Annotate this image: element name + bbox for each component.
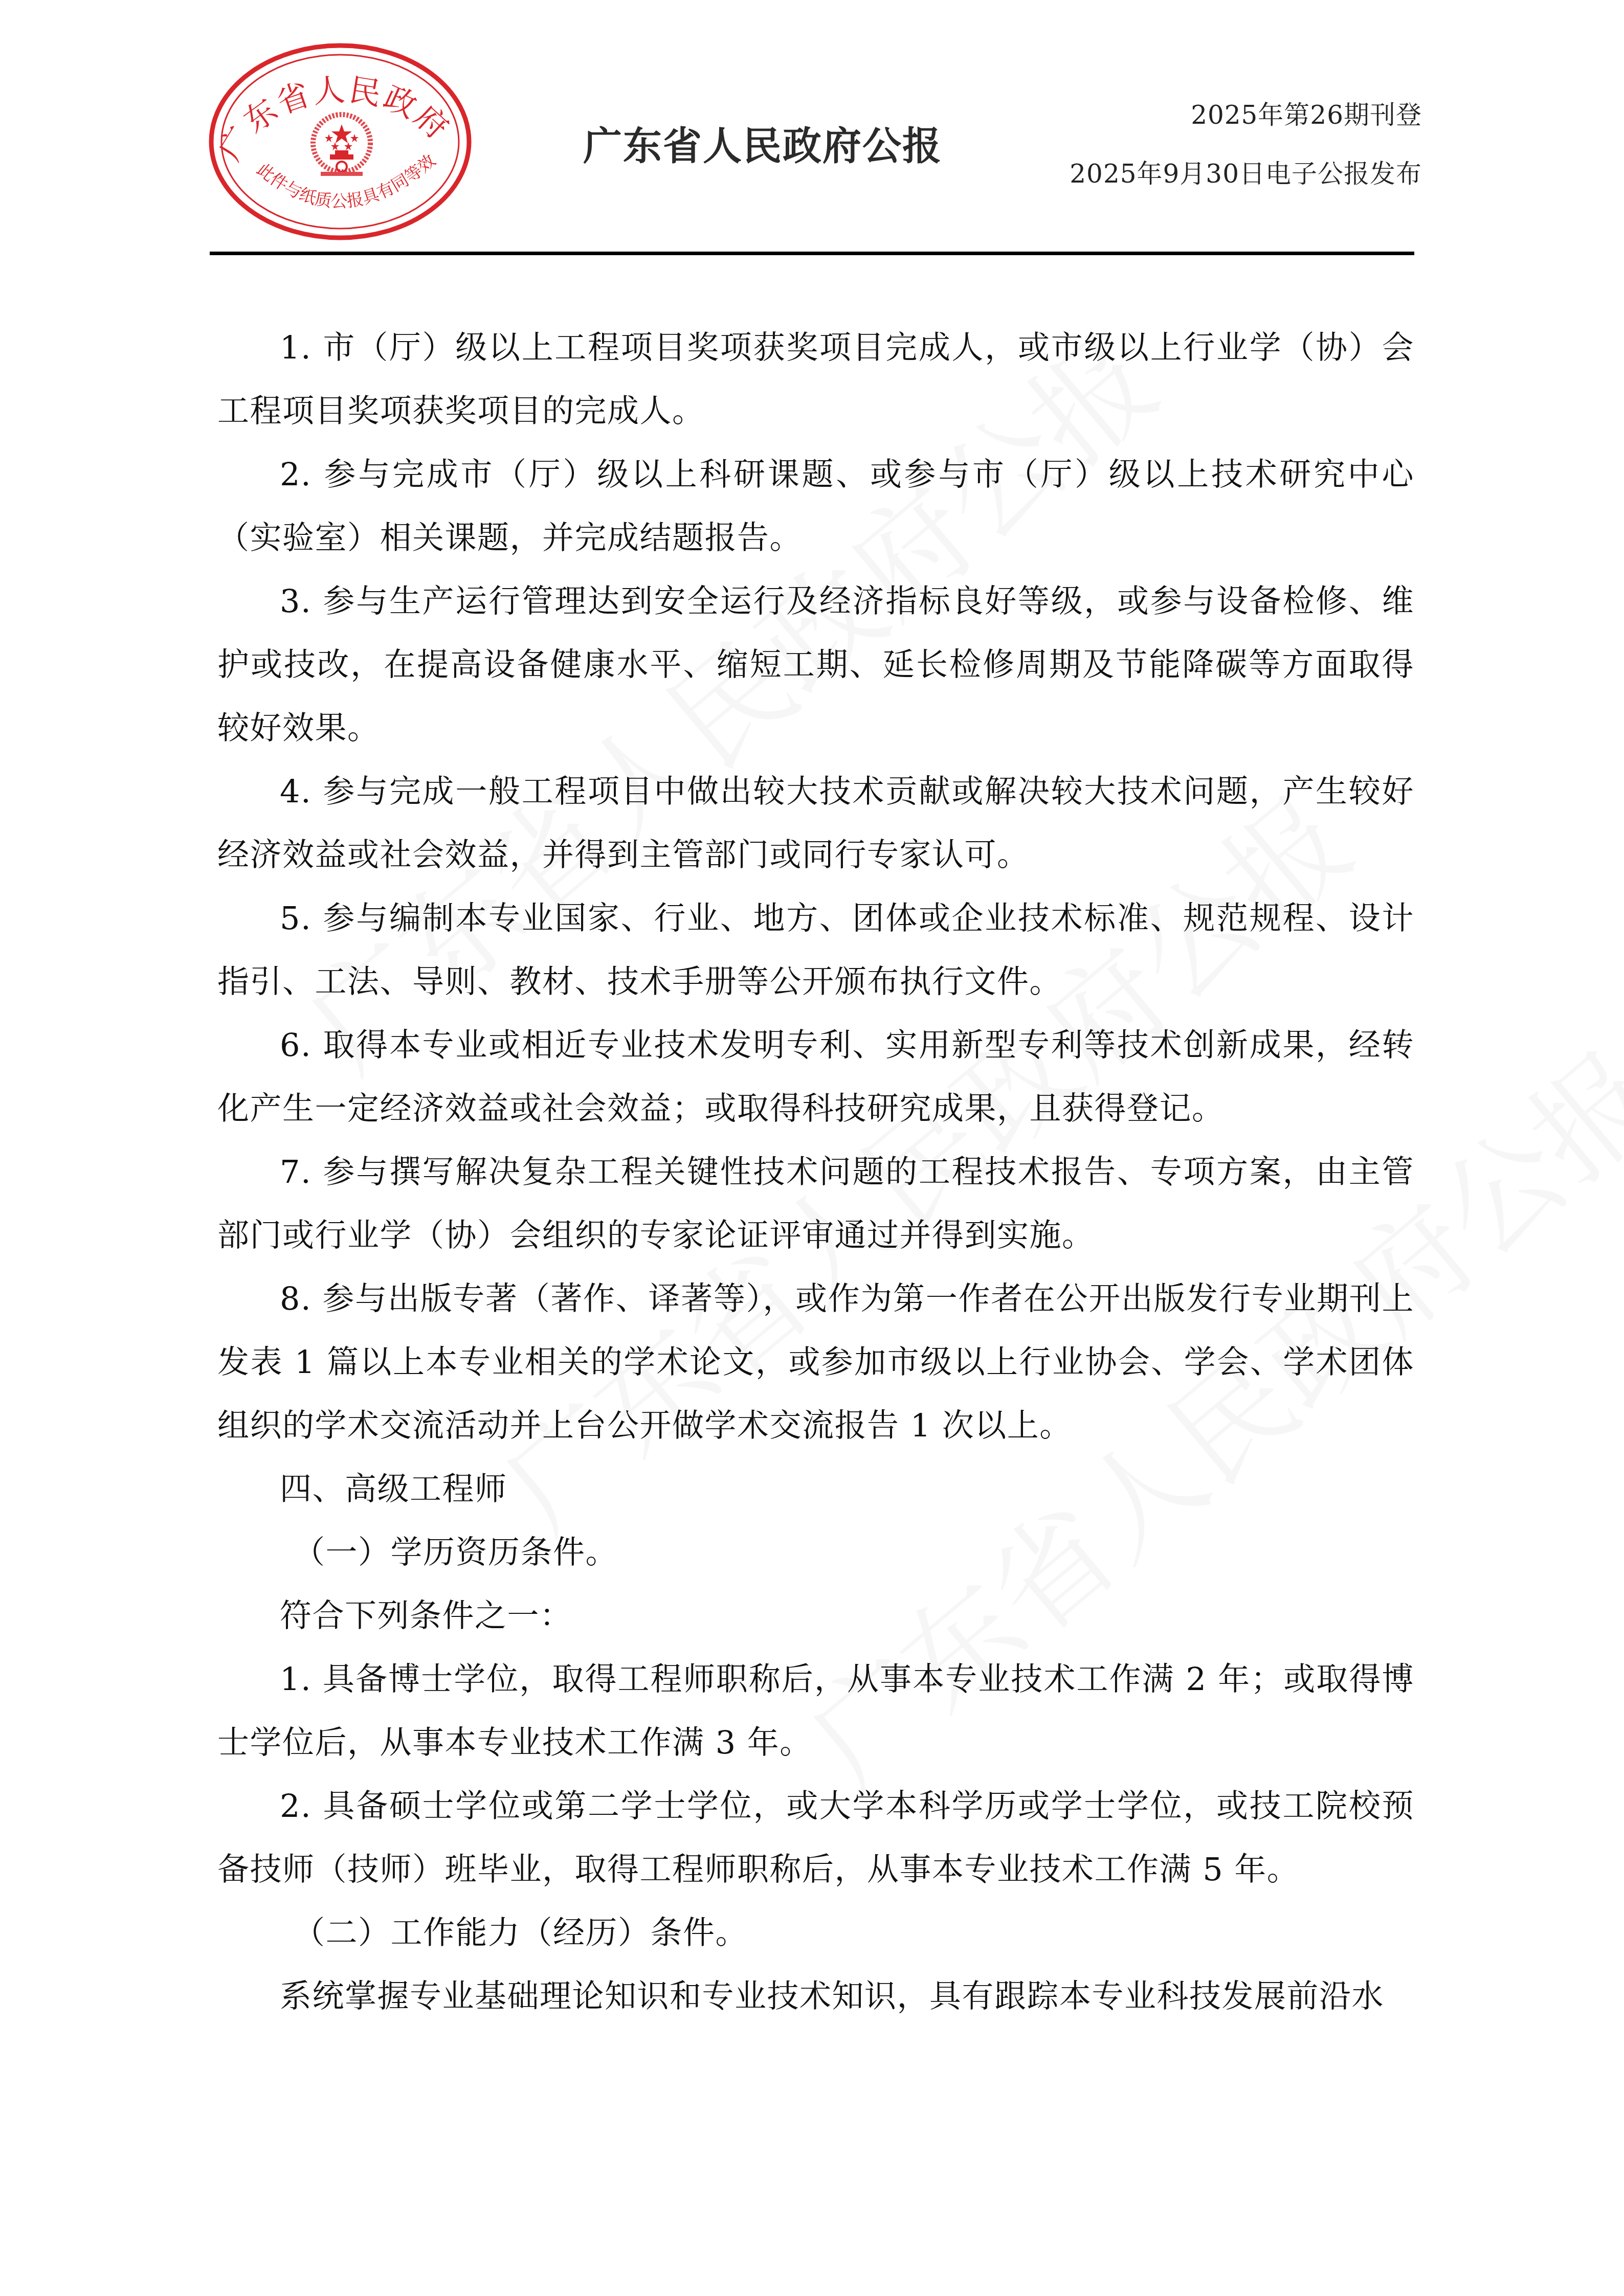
issue-number: 2025年第26期刊登	[1191, 95, 1422, 131]
paragraph-item-7: 7. 参与撰写解决复杂工程关键性技术问题的工程技术报告、专项方案，由主管部门或行…	[217, 1140, 1414, 1267]
svg-text:广东省人民政府公报: 广东省人民政府公报	[207, 41, 457, 167]
paragraph-item-4: 4. 参与完成一般工程项目中做出较大技术贡献或解决较大技术问题，产生较好经济效益…	[217, 760, 1414, 887]
paragraph-item-6: 6. 取得本专业或相近专业技术发明专利、实用新型专利等技术创新成果，经转化产生一…	[217, 1014, 1414, 1140]
paragraph-item-2: 2. 参与完成市（厅）级以上科研课题、或参与市（厅）级以上技术研究中心（实验室）…	[217, 443, 1414, 570]
national-emblem-icon	[313, 115, 370, 176]
paragraph-condition-1: 1. 具备博士学位，取得工程师职称后，从事本专业技术工作满 2 年；或取得博士学…	[217, 1648, 1414, 1774]
masthead-title: 广东省人民政府公报	[583, 115, 942, 171]
subsection-heading-2: （二）工作能力（经历）条件。	[217, 1901, 1414, 1965]
svg-text:此件与纸质公报具有同等效力: 此件与纸质公报具有同等效力	[207, 41, 439, 211]
section-heading: 四、高级工程师	[217, 1457, 1414, 1521]
official-seal: 广东省人民政府公报 此件与纸质公报具有同等效力	[207, 41, 473, 243]
subsection-heading-1: （一）学历资历条件。	[217, 1521, 1414, 1584]
paragraph-condition-2: 2. 具备硕士学位或第二学士学位，或大学本科学历或学士学位，或技工院校预备技师（…	[217, 1774, 1414, 1901]
paragraph-item-1: 1. 市（厅）级以上工程项目奖项获奖项目完成人，或市级以上行业学（协）会工程项目…	[217, 316, 1414, 443]
publish-date: 2025年9月30日电子公报发布	[1070, 153, 1422, 190]
seal-inner-text: 此件与纸质公报具有同等效力	[207, 41, 439, 211]
seal-icon: 广东省人民政府公报 此件与纸质公报具有同等效力	[207, 41, 473, 243]
paragraph-item-8: 8. 参与出版专著（著作、译著等），或作为第一作者在公开出版发行专业期刊上发表 …	[217, 1267, 1414, 1457]
paragraph-item-3: 3. 参与生产运行管理达到安全运行及经济指标良好等级，或参与设备检修、维护或技改…	[217, 570, 1414, 760]
header-rule	[210, 252, 1414, 255]
paragraph-item-5: 5. 参与编制本专业国家、行业、地方、团体或企业技术标准、规范规程、设计指引、工…	[217, 887, 1414, 1014]
paragraph-ability: 系统掌握专业基础理论知识和专业技术知识，具有跟踪本专业科技发展前沿水	[217, 1965, 1414, 2028]
seal-outer-text: 广东省人民政府公报	[207, 41, 457, 167]
paragraph-intro: 符合下列条件之一：	[217, 1584, 1414, 1648]
document-body: 1. 市（厅）级以上工程项目奖项获奖项目完成人，或市级以上行业学（协）会工程项目…	[217, 316, 1414, 2028]
